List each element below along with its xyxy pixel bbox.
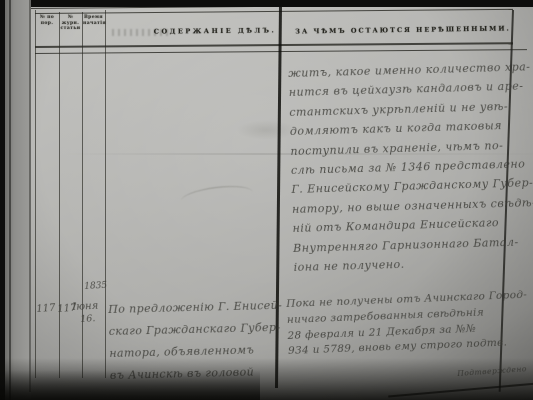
column-rule-3 bbox=[105, 10, 106, 378]
header-col-no-journal: № журн. статьи bbox=[60, 15, 81, 32]
table-left-border bbox=[35, 10, 36, 378]
handwritten-entry-right-bottom: Пока не получены отъ Ачинскаго Город- ни… bbox=[286, 287, 533, 360]
header-content-column: СОДЕРЖАНІЕ ДѢЛЪ. bbox=[150, 26, 280, 35]
binding-gutter bbox=[5, 0, 31, 400]
ink-smudge bbox=[180, 183, 254, 211]
column-rule-1 bbox=[59, 12, 60, 378]
scanned-register-photo: № по пор. № журн. статьи Время начатія С… bbox=[0, 0, 533, 400]
entry-date-year: 1835 bbox=[84, 281, 107, 292]
entry-date-day: 16. bbox=[80, 313, 96, 325]
gutter-shadow-line bbox=[9, 0, 11, 400]
photo-top-border bbox=[0, 0, 533, 7]
entry-number-order: 117 bbox=[36, 303, 56, 315]
page-left-edge bbox=[29, 0, 31, 392]
handwritten-line: скаго Гражданскаго Губер- bbox=[109, 316, 299, 343]
handwritten-entry-right-top: житъ, какое именно количество хра- нится… bbox=[288, 57, 533, 277]
header-col-no-order: № по пор. bbox=[36, 15, 58, 26]
bottom-shadow bbox=[0, 358, 533, 400]
ink-bleed-spot bbox=[236, 120, 296, 140]
header-col-time: Время начатія bbox=[83, 15, 104, 26]
entry-date-month: Іюня bbox=[72, 301, 99, 313]
